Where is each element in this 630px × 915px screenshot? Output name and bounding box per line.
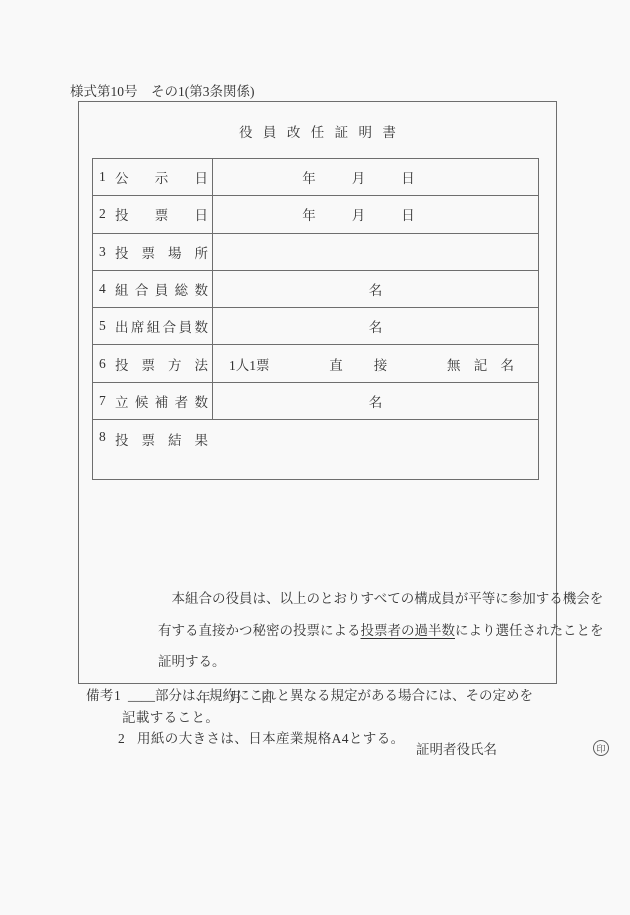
table-row-attending-members: 5 出席組合員数 名 bbox=[93, 308, 538, 345]
unit-label: 名 bbox=[369, 391, 383, 411]
certificate-table: 1 公示日 年 月 日 2 投票日 年 月 日 bbox=[92, 158, 539, 480]
row-label-cell: 6 投票方法 bbox=[93, 345, 213, 381]
method-one-person-one-vote: 1人1票 bbox=[229, 354, 270, 374]
row-number: 3 bbox=[99, 244, 115, 260]
document-page: 様式第10号 その1(第3条関係) 役員改任証明書 1 公示日 年 月 日 2 … bbox=[0, 0, 630, 915]
underlined-phrase: 投票者の過半数 bbox=[361, 623, 456, 638]
certificate-frame: 役員改任証明書 1 公示日 年 月 日 2 投票日 年 bbox=[78, 101, 557, 684]
day-label: 日 bbox=[401, 167, 415, 187]
row-number: 1 bbox=[99, 169, 115, 185]
table-row-total-members: 4 組合員総数 名 bbox=[93, 271, 538, 308]
table-row-voting-date: 2 投票日 年 月 日 bbox=[93, 196, 538, 233]
seal-stamp-icon: 印 bbox=[593, 740, 609, 756]
row-number: 2 bbox=[99, 206, 115, 222]
remark-1-number: 1 bbox=[114, 689, 121, 703]
row-number: 6 bbox=[99, 356, 115, 372]
row-label-cell: 5 出席組合員数 bbox=[93, 308, 213, 344]
table-row-public-notice-date: 1 公示日 年 月 日 bbox=[93, 159, 538, 196]
row-label: 投票日 bbox=[115, 204, 208, 224]
remark-2-number: 2 bbox=[118, 732, 125, 746]
month-label: 月 bbox=[352, 204, 366, 224]
row-fullwidth-cell: 8 投票結果 bbox=[93, 420, 538, 479]
row-label: 投票方法 bbox=[115, 354, 208, 374]
row-number: 8 bbox=[99, 429, 115, 445]
row-number: 5 bbox=[99, 318, 115, 334]
table-row-voting-method: 6 投票方法 1人1票 直接 無記名 bbox=[93, 345, 538, 382]
row-value-cell: 年 月 日 bbox=[196, 159, 521, 195]
row-label-cell: 1 公示日 bbox=[93, 159, 213, 195]
remark-2-text: 用紙の大きさは、日本産業規格A4とする。 bbox=[137, 732, 405, 746]
row-label: 出席組合員数 bbox=[115, 316, 208, 336]
row-label-cell: 4 組合員総数 bbox=[93, 271, 213, 307]
row-label-cell: 7 立候補者数 bbox=[93, 383, 213, 419]
row-value-cell: 1人1票 直接 無記名 bbox=[213, 345, 538, 381]
table-row-voting-result: 8 投票結果 bbox=[93, 420, 538, 479]
month-label: 月 bbox=[352, 167, 366, 187]
remark-1-line-2: 記載すること。 bbox=[122, 711, 219, 725]
statement-line-2: 有する直接かつ秘密の投票による投票者の過半数により選任されたことを bbox=[158, 615, 610, 647]
table-row-voting-place: 3 投票場所 bbox=[93, 234, 538, 271]
unit-label: 名 bbox=[369, 279, 383, 299]
table-row-candidates-count: 7 立候補者数 名 bbox=[93, 383, 538, 420]
row-label: 組合員総数 bbox=[115, 279, 208, 299]
remarks-section: 備考 1 ____部分は、規約にこれと異なる規定がある場合には、その定めを 記載… bbox=[86, 689, 566, 749]
remarks-heading: 備考 bbox=[86, 689, 114, 703]
row-value-cell: 名 bbox=[213, 308, 538, 344]
row-value-cell: 名 bbox=[213, 383, 538, 419]
row-number: 7 bbox=[99, 393, 115, 409]
row-label-cell: 2 投票日 bbox=[93, 196, 213, 232]
row-value-cell: 名 bbox=[213, 271, 538, 307]
year-label: 年 bbox=[302, 204, 316, 224]
row-number: 4 bbox=[99, 281, 115, 297]
day-label: 日 bbox=[401, 204, 415, 224]
blank-underline: ____ bbox=[128, 688, 155, 703]
certification-statement: 本組合の役員は、以上のとおりすべての構成員が平等に参加する機会を 有する直接かつ… bbox=[158, 583, 610, 678]
form-number-label: 様式第10号 その1(第3条関係) bbox=[70, 80, 255, 100]
remark-1-line-1: ____部分は、規約にこれと異なる規定がある場合には、その定めを bbox=[128, 689, 533, 703]
row-label: 公示日 bbox=[115, 167, 208, 187]
row-value-cell-empty bbox=[213, 234, 538, 270]
method-secret-ballot: 無記名 bbox=[447, 354, 514, 374]
unit-label: 名 bbox=[369, 316, 383, 336]
statement-line-1: 本組合の役員は、以上のとおりすべての構成員が平等に参加する機会を bbox=[158, 583, 610, 615]
method-direct: 直接 bbox=[329, 354, 387, 374]
row-label: 立候補者数 bbox=[115, 391, 208, 411]
row-value-cell: 年 月 日 bbox=[196, 196, 521, 232]
document-title: 役員改任証明書 bbox=[79, 121, 556, 141]
row-label: 投票場所 bbox=[115, 242, 208, 262]
row-label: 投票結果 bbox=[115, 429, 208, 449]
row-label-cell: 3 投票場所 bbox=[93, 234, 213, 270]
statement-line-3: 証明する。 bbox=[158, 646, 610, 678]
year-label: 年 bbox=[302, 167, 316, 187]
